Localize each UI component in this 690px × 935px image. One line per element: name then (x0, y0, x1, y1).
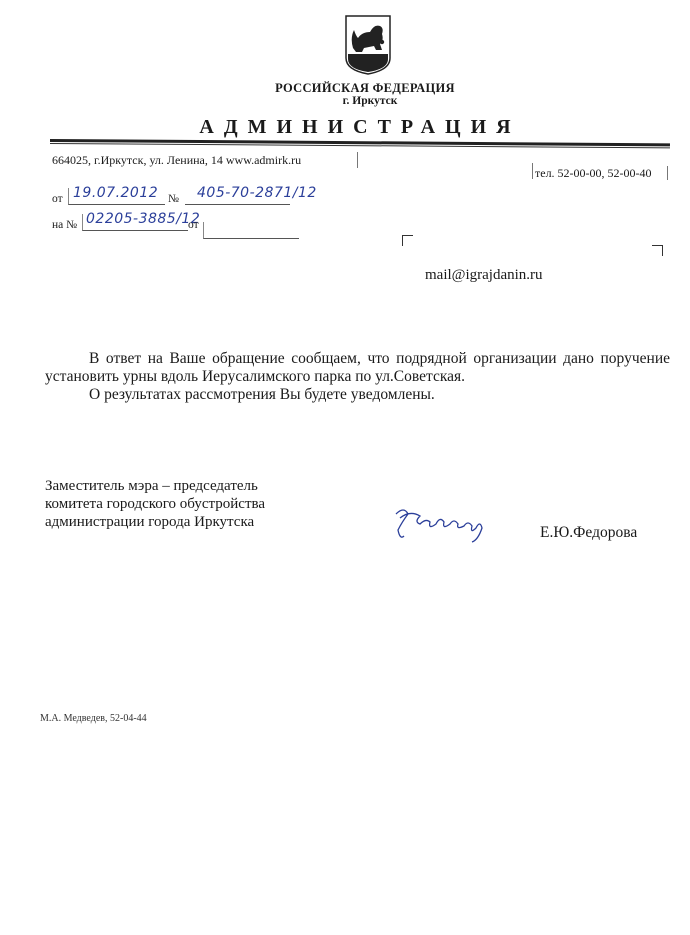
country-header: РОССИЙСКАЯ ФЕДЕРАЦИЯ (0, 81, 690, 96)
signer-title: Заместитель мэра – председатель комитета… (45, 477, 265, 531)
reply-date-field (203, 222, 299, 239)
recipient-email: mail@igrajdanin.ru (425, 267, 543, 284)
address-corner-mark (402, 235, 413, 246)
organization-address: 664025, г.Иркутск, ул. Ленина, 14 www.ad… (52, 153, 301, 168)
handwritten-signature (390, 500, 490, 545)
city-header: г. Иркутск (0, 95, 690, 107)
reply-number-label: на № (52, 219, 77, 231)
reply-number-value: 02205-3885/12 (86, 211, 200, 227)
executor-contact: М.А. Медведев, 52-04-44 (40, 713, 147, 724)
number-field: 405-70-2871/12 (185, 188, 290, 205)
phone-divider-end (667, 166, 668, 180)
number-value: 405-70-2871/12 (197, 185, 317, 201)
coat-of-arms-icon (344, 14, 392, 76)
signer-title-line: Заместитель мэра – председатель (45, 477, 265, 495)
body-paragraph: В ответ на Ваше обращение сообщаем, что … (45, 350, 670, 386)
organization-title: АДМИНИСТРАЦИЯ (0, 116, 690, 139)
date-field: 19.07.2012 (68, 188, 165, 205)
number-label: № (168, 193, 179, 205)
signer-title-line: администрации города Иркутска (45, 513, 265, 531)
signer-title-line: комитета городского обустройства (45, 495, 265, 513)
date-value: 19.07.2012 (73, 185, 158, 201)
organization-phone: тел. 52-00-00, 52-00-40 (535, 166, 652, 181)
phone-divider (532, 163, 533, 179)
body-paragraph: О результатах рассмотрения Вы будете уве… (45, 386, 670, 404)
date-label: от (52, 193, 63, 205)
signer-name: Е.Ю.Федорова (540, 524, 637, 542)
reply-date-label: от (188, 219, 199, 231)
reply-number-field: 02205-3885/12 (82, 214, 188, 231)
letter-body: В ответ на Ваше обращение сообщаем, что … (45, 350, 670, 404)
address-divider (357, 152, 358, 168)
address-corner-mark (652, 245, 663, 256)
